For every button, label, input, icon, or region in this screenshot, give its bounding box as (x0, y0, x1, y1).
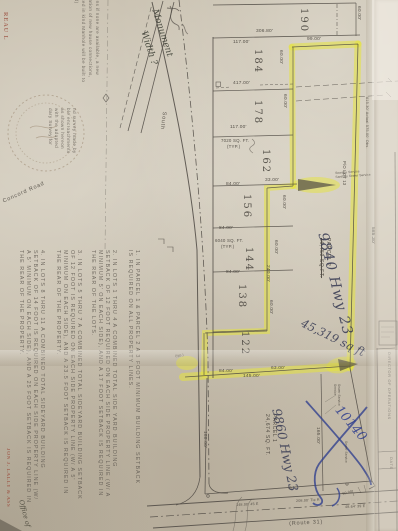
edge-note-line: ble encroachments (66, 108, 71, 154)
edge-note-line: as shown hereon (60, 108, 65, 149)
edge-note-line: nections if none are available, a new (95, 0, 100, 75)
lot-number-138: 138 (236, 284, 247, 309)
edge-note-line: closed) (74, 0, 79, 4)
plat-note-4-line1: 4. IN LOTS 8 THRU 11 A COMBINED TOTAL SI… (39, 250, 45, 469)
plat-note-3-line2: OF 12 FOOT IS REQUIRED ON EACH SIDE PROP… (69, 250, 75, 480)
callout-line: Sewer Service (337, 384, 341, 406)
dimension-label: 33.00' (265, 178, 279, 183)
dimension-label: 417.00' (233, 81, 250, 86)
edge-note-line: nd survey made by (72, 108, 77, 154)
lot-number-122: 122 (239, 331, 250, 356)
lot-area-typical: (TYP.) (227, 144, 240, 149)
lot-area-typical: (TYP.) (221, 244, 234, 249)
plat-note-3-line3: MINIMUM ON EACH SIDE), AND A 23.5 FOOT S… (62, 250, 68, 494)
lot-number-184: 184 (252, 49, 263, 74)
plat-note-2-line4: THE REAR OF THE LOTS. (90, 250, 96, 337)
dimension-label: 60.00' (356, 6, 361, 20)
approval-director-label: DIRECTOR OF OPERATIONS (387, 352, 392, 420)
plat-note-1-line2: IS REQUIRED ON ALL PROPERTY LINES. (127, 250, 133, 389)
dimension-label: 165.00' (315, 427, 320, 444)
plat-note-2-line2: SETBACK OF 12 FOOT REQUIRED ON EACH SIDE… (104, 250, 110, 497)
dimension-label: 84.00' (226, 182, 240, 187)
lot-number-144: 144 (243, 247, 254, 272)
lot-area-typical: 7020 SQ. FT. (221, 138, 249, 143)
plat-note-1-line1: 1. IN PARCEL 1 & PARCEL 2 A 3 FOOT MINIM… (134, 250, 140, 484)
plat-note-4-line2: SETBACK OF 14 FOOT IS REQUIRED ON EACH S… (32, 250, 38, 500)
surveyor-name-stamp: JON J. LALLY & ASS (5, 448, 10, 507)
plat-note-3-line1: 3. IN LOTS 5 THRU 7 A COMBINED TOTAL SID… (76, 250, 82, 500)
scanned-plat-document: 190 184 178 162 156 144 138 122 306.80' … (0, 0, 398, 531)
dimension-label: 84.00' (226, 270, 240, 275)
dimension-label: 84.00' (219, 226, 233, 231)
plat-note-2-line1: 2. IN LOTS 1 THRU 4 A COMBINED TOTAL SID… (111, 250, 117, 467)
parcel1-area: 24,674 SQ. FT. (263, 414, 270, 456)
plat-note-2-line3: MINIMUM 5' ON EACH SIDE), AND A 17 FOOT … (97, 250, 103, 496)
dimension-label: 99.00' (307, 37, 321, 42)
edge-note-line: of location of new house connections, (88, 0, 93, 77)
dimension-label: 60.00' (273, 240, 278, 254)
sewer-service-callout-parcel1: Sewer Service Service (333, 384, 341, 406)
lot-number-162: 162 (260, 149, 271, 174)
lot-number-156: 156 (241, 194, 252, 219)
dimension-label: 188.00' (202, 431, 207, 448)
approval-block-lines (377, 152, 397, 531)
dimension-label: 145.00' (243, 374, 260, 379)
dimension-label: 60.00' (281, 195, 286, 209)
dimension-label: 60.00' (268, 300, 273, 314)
plat-note-4-line3: A 5' MINIMUM ON EACH SIDE), AND A 25 FOO… (25, 250, 31, 503)
edge-note-line: dary Survey for (48, 108, 53, 145)
plat-note-3-line4: THE REAR OF THE PROPERTY. (55, 250, 61, 355)
lot-number-190: 190 (298, 8, 309, 33)
dimension-label: 585.30' (370, 227, 375, 244)
red-margin-text-top: REAU L (2, 12, 8, 41)
dimension-label: 306.80' (256, 29, 273, 34)
service-callout: Sewer Service (344, 441, 348, 463)
plat-note-4-line4: THE REAR OF THE PROPERTY. (18, 250, 24, 355)
dimension-label: 84.00' (219, 369, 233, 374)
dimension-label: 60.00' (282, 94, 287, 108)
lot-area-typical: 6040 SQ. FT. (215, 238, 243, 243)
edge-note-line: replaced in kind Manhole will be built t… (81, 0, 86, 82)
lot-number-178: 178 (252, 100, 263, 125)
dimension-label: 240.00' (265, 265, 270, 282)
edge-note-line: with the adopted (54, 108, 59, 148)
approval-date-label: DATE (389, 457, 394, 470)
dimension-label: 60.00' (278, 50, 283, 64)
dimension-label: 117.00' (230, 125, 247, 130)
dimension-label: 63.00' (271, 366, 285, 371)
dimension-label: 117.00' (233, 40, 250, 45)
dimension-label: 615.30' Actual 575.00' Obs. (365, 97, 369, 149)
